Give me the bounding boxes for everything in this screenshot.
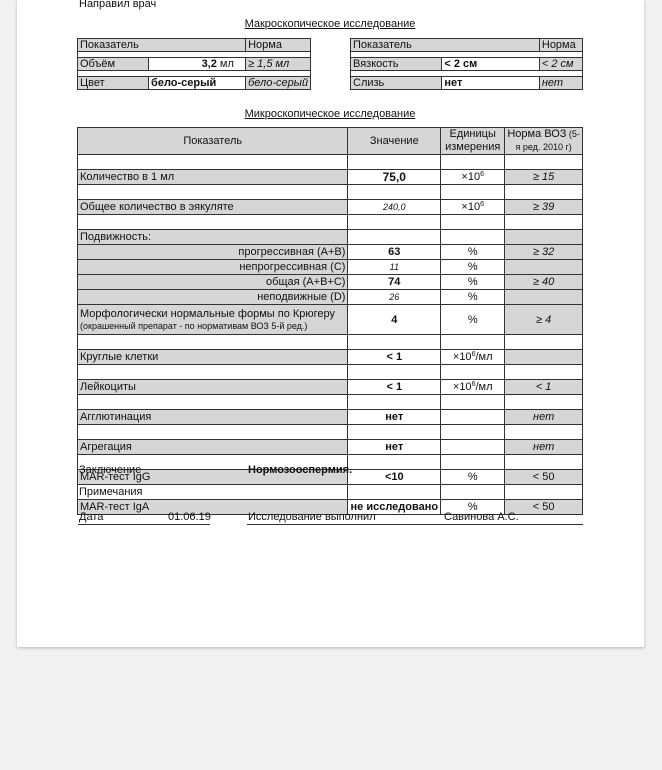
table-row: общая (A+B+C) 74 % ≥ 40 [78, 275, 583, 290]
macro-section-title: Макроскопическое исследование [200, 18, 460, 30]
table-row: неподвижные (D) 26 % [78, 290, 583, 305]
performed-by-value: Савинова А.С. [444, 511, 519, 524]
table-row: Вязкость < 2 см < 2 см [351, 58, 583, 71]
macro-left-table: Показатель Норма Объём 3,2 мл ≥ 1,5 мл Ц… [77, 38, 311, 90]
date-label: Дата [79, 511, 103, 524]
conclusion-value: Нормозооспермия. [248, 464, 352, 477]
table-header-row: Показатель Значение Единицыизмерения Нор… [78, 128, 583, 155]
table-row: Общее количество в эякуляте 240,0 ×106 ≥… [78, 200, 583, 215]
table-row: Количество в 1 мл 75,0 ×106 ≥ 15 [78, 170, 583, 185]
table-row: Морфологически нормальные формы по Крюге… [78, 305, 583, 335]
conclusion-label: Заключение [79, 464, 141, 477]
motility-header-row: Подвижность: [78, 230, 583, 245]
date-line: Дата 01.06.19 [78, 511, 210, 525]
performed-by-label: Исследование выполнил [248, 511, 376, 524]
performed-by-line: Исследование выполнил Савинова А.С. [247, 511, 583, 525]
macro-right-table: Показатель Норма Вязкость < 2 см < 2 см … [350, 38, 583, 90]
table-row: Агрегация нет нет [78, 440, 583, 455]
notes-label: Примечания [79, 486, 143, 499]
table-row: прогрессивная (A+B) 63 % ≥ 32 [78, 245, 583, 260]
referring-doctor-label: Направил врач [79, 0, 156, 11]
table-row: непрогрессивная (C) 11 % [78, 260, 583, 275]
table-row: Лейкоциты < 1 ×106/мл < 1 [78, 380, 583, 395]
date-value: 01.06.19 [168, 511, 211, 524]
table-row: Агглютинация нет нет [78, 410, 583, 425]
micro-table: Показатель Значение Единицыизмерения Нор… [77, 127, 583, 515]
table-row: Цвет бело-серый бело-серый [78, 77, 311, 90]
col-indicator: Показатель [78, 39, 246, 52]
table-header-row: Показатель Норма [351, 39, 583, 52]
table-row: Объём 3,2 мл ≥ 1,5 мл [78, 58, 311, 71]
table-header-row: Показатель Норма [78, 39, 311, 52]
table-row: Круглые клетки < 1 ×106/мл [78, 350, 583, 365]
table-row: Слизь нет нет [351, 77, 583, 90]
col-norm: Норма [246, 39, 311, 52]
micro-section-title: Микроскопическое исследование [200, 108, 460, 120]
